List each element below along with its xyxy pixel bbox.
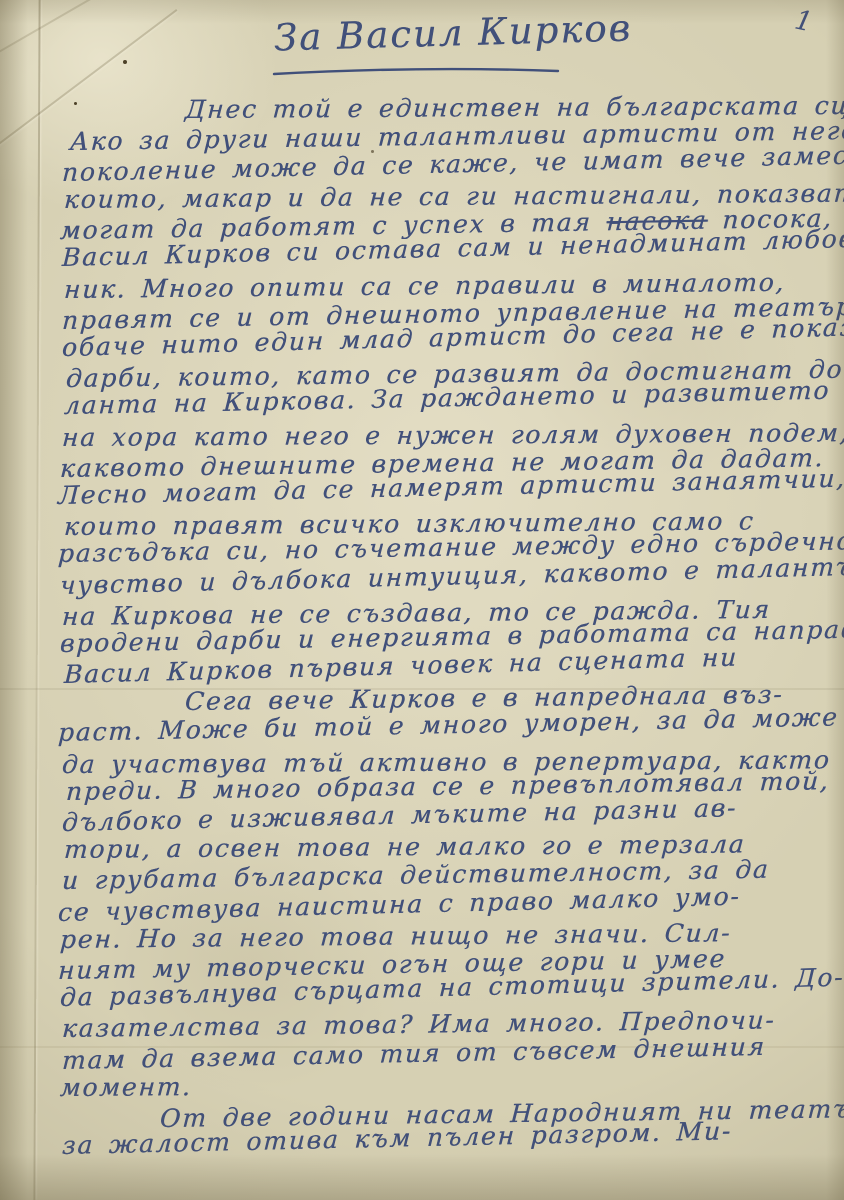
- paper-speck: [123, 60, 127, 64]
- manuscript-lines: Днес той е единствен на българската сцен…: [0, 97, 844, 1162]
- line-text: раст. Може би той е много уморен, за да …: [57, 703, 839, 748]
- title-block: За Васил Кирков: [274, 12, 594, 55]
- manuscript-line: раст. Може би той е много уморен, за да …: [57, 703, 844, 748]
- title-underline-icon: [272, 64, 562, 78]
- line-text: момент.: [59, 1072, 193, 1102]
- paper-crease-corner: [0, 0, 94, 57]
- page-number: 1: [792, 5, 815, 39]
- manuscript-page: 1 За Васил Кирков Днес той е единствен н…: [0, 0, 844, 1200]
- page-title: За Васил Кирков: [273, 8, 594, 60]
